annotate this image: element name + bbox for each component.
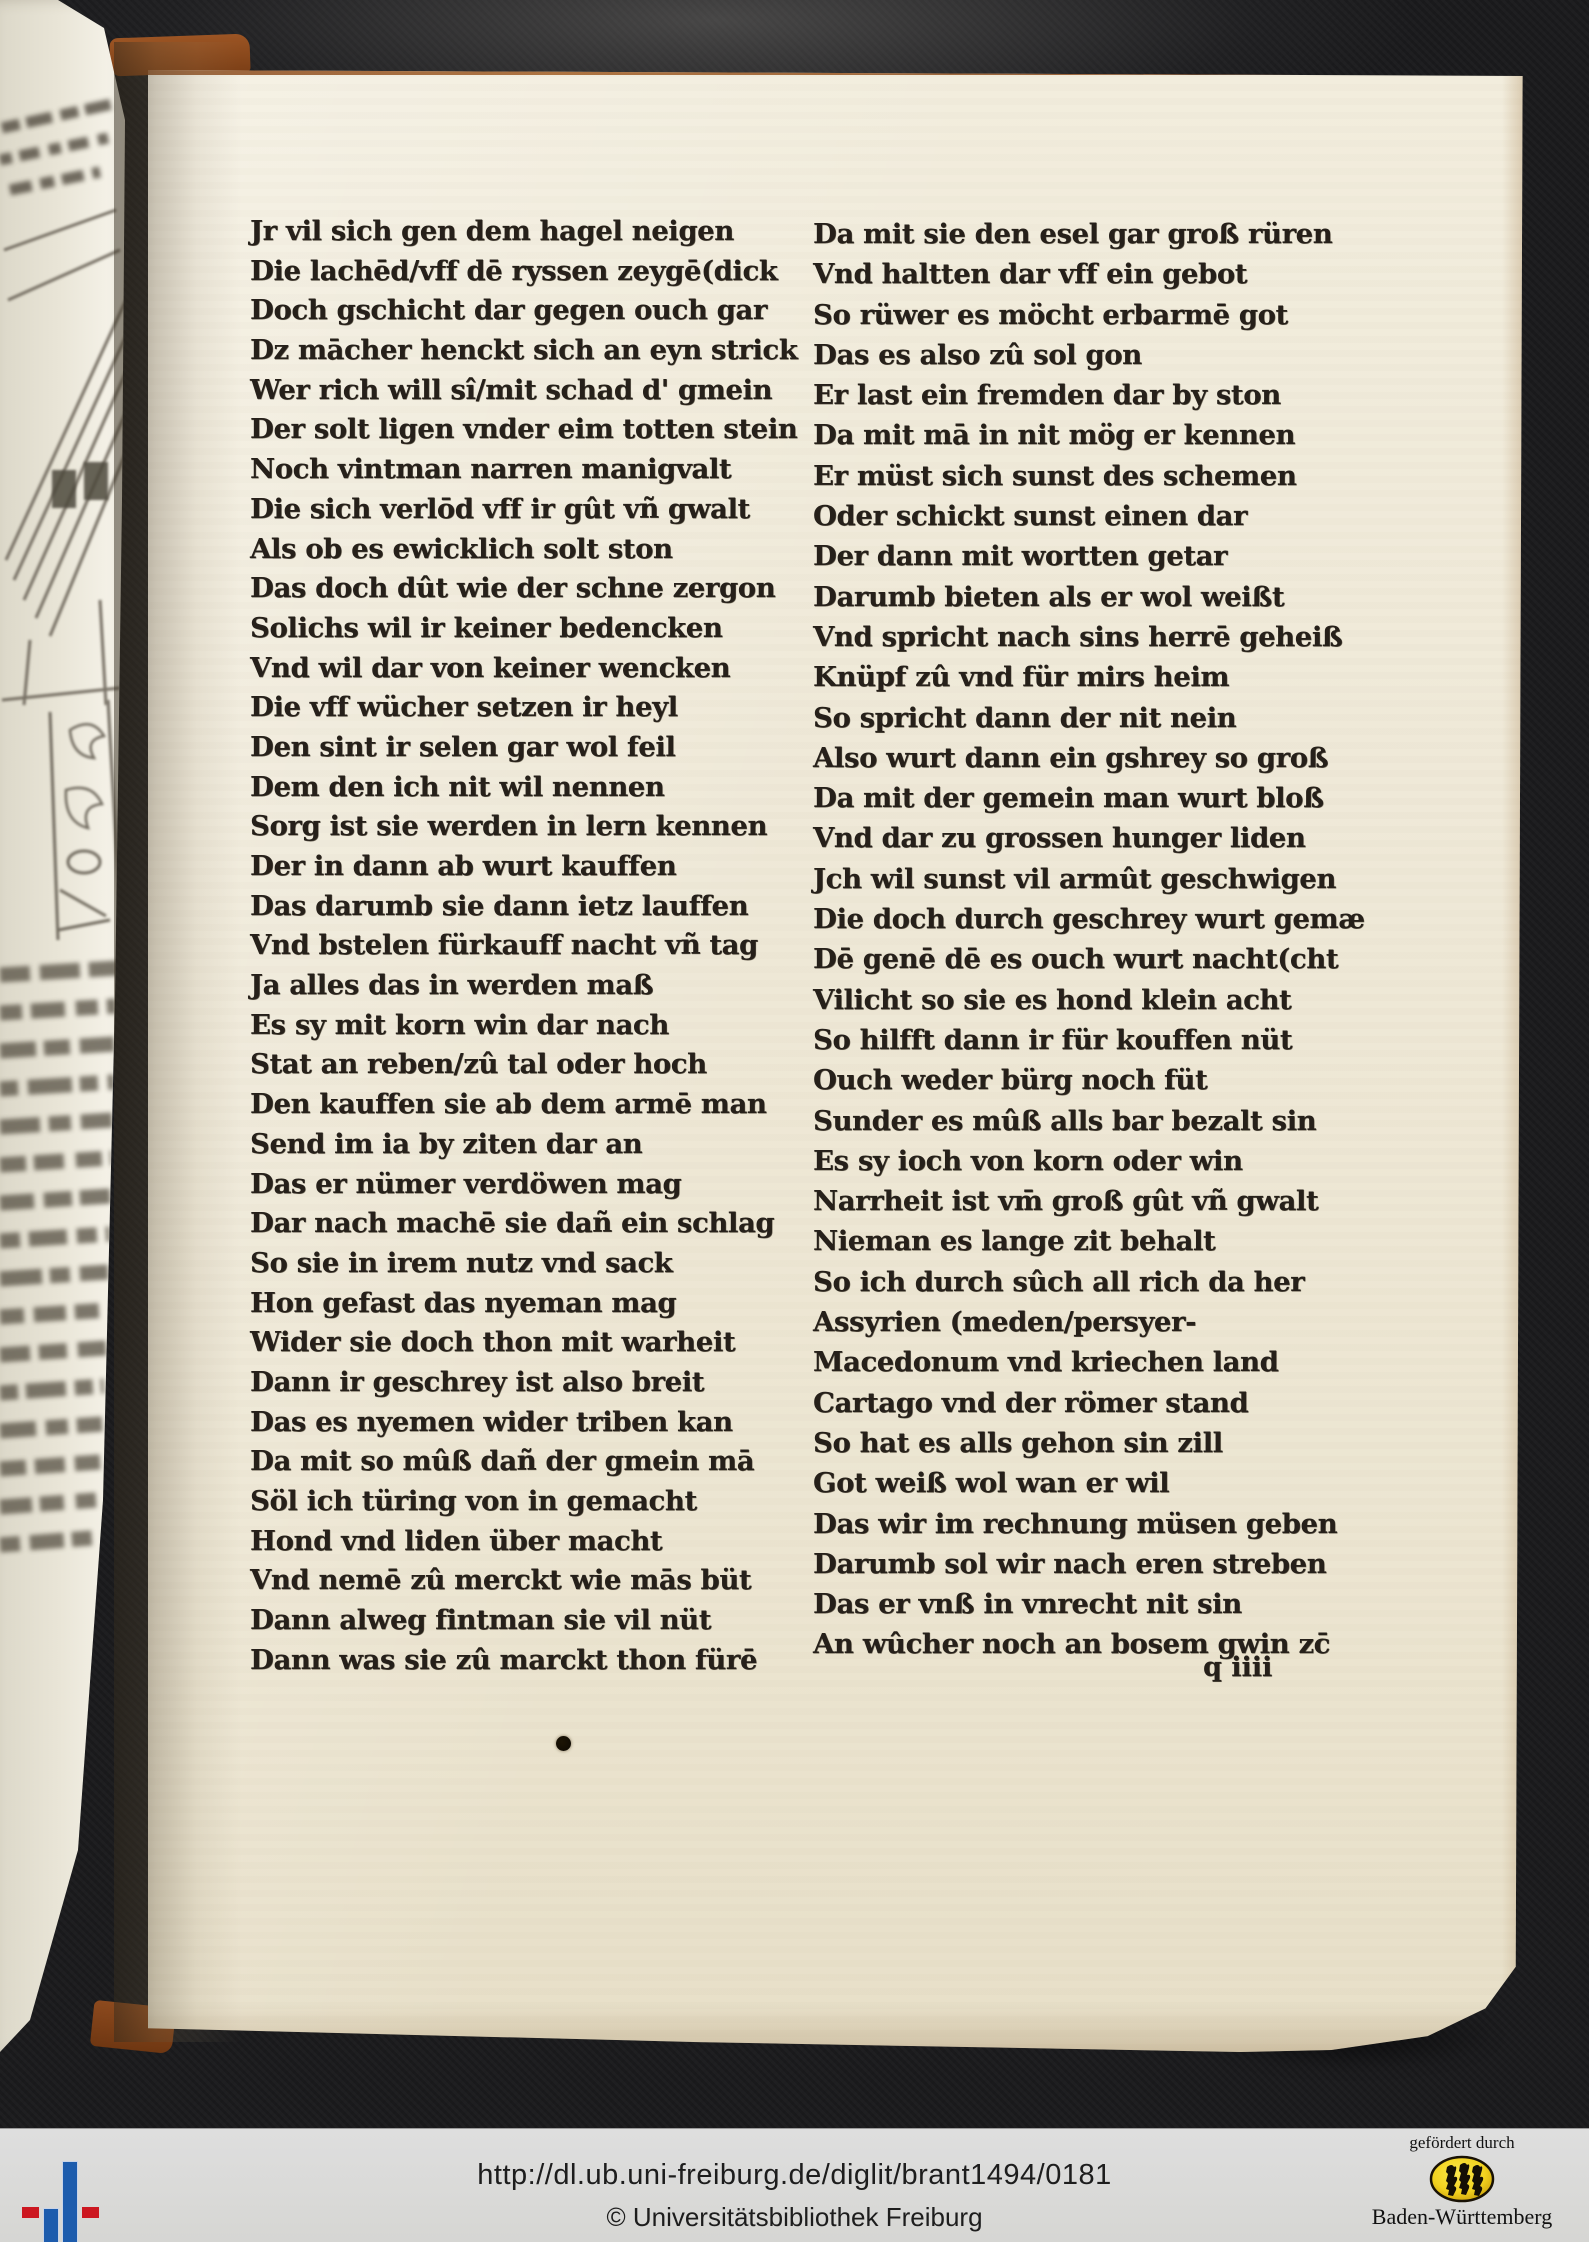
verse-column-right: Da mit sie den esel gar groß rürenVnd ha… xyxy=(813,214,1365,1665)
verse-line: Vilicht so sie es hond klein acht xyxy=(813,980,1365,1020)
verse-line: Darumb bieten als er wol weißt xyxy=(813,577,1365,617)
previous-page-edge xyxy=(0,0,132,2055)
verse-column-left: Jr vil sich gen dem hagel neigenDie lach… xyxy=(250,212,812,1680)
verse-line: Knüpf zû vnd für mirs heim xyxy=(813,657,1365,697)
verse-line: Da mit mā in nit mög er kennen xyxy=(813,415,1365,455)
verse-line: Vnd spricht nach sins herrē geheiß xyxy=(813,617,1365,657)
funding-label: gefördert durch xyxy=(1357,2133,1567,2153)
verse-line: Macedonum vnd kriechen land xyxy=(813,1342,1365,1382)
footer-text-block: http://dl.ub.uni-freiburg.de/diglit/bran… xyxy=(0,2129,1589,2233)
verse-line: Söl ich türing von in gemacht xyxy=(250,1482,812,1522)
verse-line: Dar nach machē sie dañ ein schlag xyxy=(250,1204,812,1244)
verse-line: Hon gefast das nyeman mag xyxy=(250,1284,812,1324)
verse-line: Das wir im rechnung müsen geben xyxy=(813,1504,1365,1544)
verse-line: So spricht dann der nit nein xyxy=(813,698,1365,738)
verse-line: Sunder es mûß alls bar bezalt sin xyxy=(813,1101,1365,1141)
verse-line: Oder schickt sunst einen dar xyxy=(813,496,1365,536)
verse-line: Vnd bstelen fürkauff nacht vñ tag xyxy=(250,926,812,966)
verse-line: Er müst sich sunst des schemen xyxy=(813,456,1365,496)
verse-line: Noch vintman narren manigvalt xyxy=(250,450,812,490)
verse-line: Die lachēd/vff dē ryssen zeygē(dick xyxy=(250,252,812,292)
footer-copyright: © Universitätsbibliothek Freiburg xyxy=(0,2202,1589,2233)
woodcut-fragment xyxy=(0,0,132,2060)
verse-line: Als ob es ewicklich solt ston xyxy=(250,530,812,570)
verse-line: Solichs wil ir keiner bedencken xyxy=(250,609,812,649)
verse-line: So rüwer es möcht erbarmē got xyxy=(813,295,1365,335)
verse-line: Dann alweg fintman sie vil nüt xyxy=(250,1601,812,1641)
verse-line: So hat es alls gehon sin zill xyxy=(813,1423,1365,1463)
verse-line: Das darumb sie dann ietz lauffen xyxy=(250,887,812,927)
verse-line: Den sint ir selen gar wol feil xyxy=(250,728,812,768)
verse-line: Das er vnß in vnrecht nit sin xyxy=(813,1584,1365,1624)
verse-line: Ouch weder bürg noch füt xyxy=(813,1060,1365,1100)
verse-line: Nieman es lange zit behalt xyxy=(813,1221,1365,1261)
verse-line: Dem den ich nit wil nennen xyxy=(250,768,812,808)
verse-line: Vnd haltten dar vff ein gebot xyxy=(813,254,1365,294)
verse-line: Der dann mit wortten getar xyxy=(813,536,1365,576)
footer-url: http://dl.ub.uni-freiburg.de/diglit/bran… xyxy=(0,2159,1589,2192)
baden-wuerttemberg-arms xyxy=(1429,2155,1495,2203)
quire-signature: q iiii xyxy=(1203,1652,1272,1683)
verse-line: Jr vil sich gen dem hagel neigen xyxy=(250,212,812,252)
verse-line: An wûcher noch an bosem gwin zc̄ xyxy=(813,1624,1365,1664)
verse-line: Das es also zû sol gon xyxy=(813,335,1365,375)
verse-line: Also wurt dann ein gshrey so groß xyxy=(813,738,1365,778)
verse-line: Vnd dar zu grossen hunger liden xyxy=(813,818,1365,858)
funding-credit: gefördert durch Baden-Württemberg xyxy=(1357,2133,1567,2230)
verse-line: Vnd nemē zû merckt wie mās büt xyxy=(250,1561,812,1601)
verse-line: Die doch durch geschrey wurt gemæ xyxy=(813,899,1365,939)
verse-line: Wider sie doch thon mit warheit xyxy=(250,1323,812,1363)
verse-line: Doch gschicht dar gegen ouch gar xyxy=(250,291,812,331)
verse-line: Da mit der gemein man wurt bloß xyxy=(813,778,1365,818)
verse-line: Das doch dût wie der schne zergon xyxy=(250,569,812,609)
footer-bar: http://dl.ub.uni-freiburg.de/diglit/bran… xyxy=(0,2128,1589,2242)
verse-line: So sie in irem nutz vnd sack xyxy=(250,1244,812,1284)
verse-line: Wer rich will sî/mit schad d' gmein xyxy=(250,371,812,411)
verse-line: Es sy ioch von korn oder win xyxy=(813,1141,1365,1181)
verse-line: Der in dann ab wurt kauffen xyxy=(250,847,812,887)
verse-line: So ich durch sûch all rich da her xyxy=(813,1262,1365,1302)
verse-line: Dann ir geschrey ist also breit xyxy=(250,1363,812,1403)
verse-line: Got weiß wol wan er wil xyxy=(813,1463,1365,1503)
verse-line: Stat an reben/zû tal oder hoch xyxy=(250,1045,812,1085)
verse-line: Vnd wil dar von keiner wencken xyxy=(250,649,812,689)
verse-line: Es sy mit korn win dar nach xyxy=(250,1006,812,1046)
verse-line: Dz mācher henckt sich an eyn strick xyxy=(250,331,812,371)
leather-cover-edge-top xyxy=(109,34,250,77)
verse-line: So hilfft dann ir für kouffen nüt xyxy=(813,1020,1365,1060)
verse-line: Den kauffen sie ab dem armē man xyxy=(250,1085,812,1125)
verse-line: Jch wil sunst vil armût geschwigen xyxy=(813,859,1365,899)
verse-line: Der solt ligen vnder eim totten stein xyxy=(250,410,812,450)
verse-line: Hond vnd liden über macht xyxy=(250,1522,812,1562)
verse-line: Er last ein fremden dar by ston xyxy=(813,375,1365,415)
verse-line: Die sich verlōd vff ir gût vñ gwalt xyxy=(250,490,812,530)
verse-line: Send im ia by ziten dar an xyxy=(250,1125,812,1165)
verse-line: Da mit so mûß dañ der gmein mā xyxy=(250,1442,812,1482)
verse-line: Da mit sie den esel gar groß rüren xyxy=(813,214,1365,254)
verse-line: Das es nyemen wider triben kan xyxy=(250,1403,812,1443)
verse-line: Narrheit ist vm̄ groß gût vñ gwalt xyxy=(813,1181,1365,1221)
verse-line: Sorg ist sie werden in lern kennen xyxy=(250,807,812,847)
verse-line: Assyrien (meden/persyer- xyxy=(813,1302,1365,1342)
paper-hole xyxy=(556,1736,571,1751)
verse-line: Dann was sie zû marckt thon fürē xyxy=(250,1641,812,1681)
funding-region-name: Baden-Württemberg xyxy=(1357,2204,1567,2230)
verse-line: Cartago vnd der römer stand xyxy=(813,1383,1365,1423)
verse-line: Dē genē dē es ouch wurt nacht(cht xyxy=(813,939,1365,979)
verse-line: Darumb sol wir nach eren streben xyxy=(813,1544,1365,1584)
verse-line: Das er nümer verdöwen mag xyxy=(250,1165,812,1205)
verse-line: Die vff wücher setzen ir heyl xyxy=(250,688,812,728)
verse-line: Ja alles das in werden maß xyxy=(250,966,812,1006)
